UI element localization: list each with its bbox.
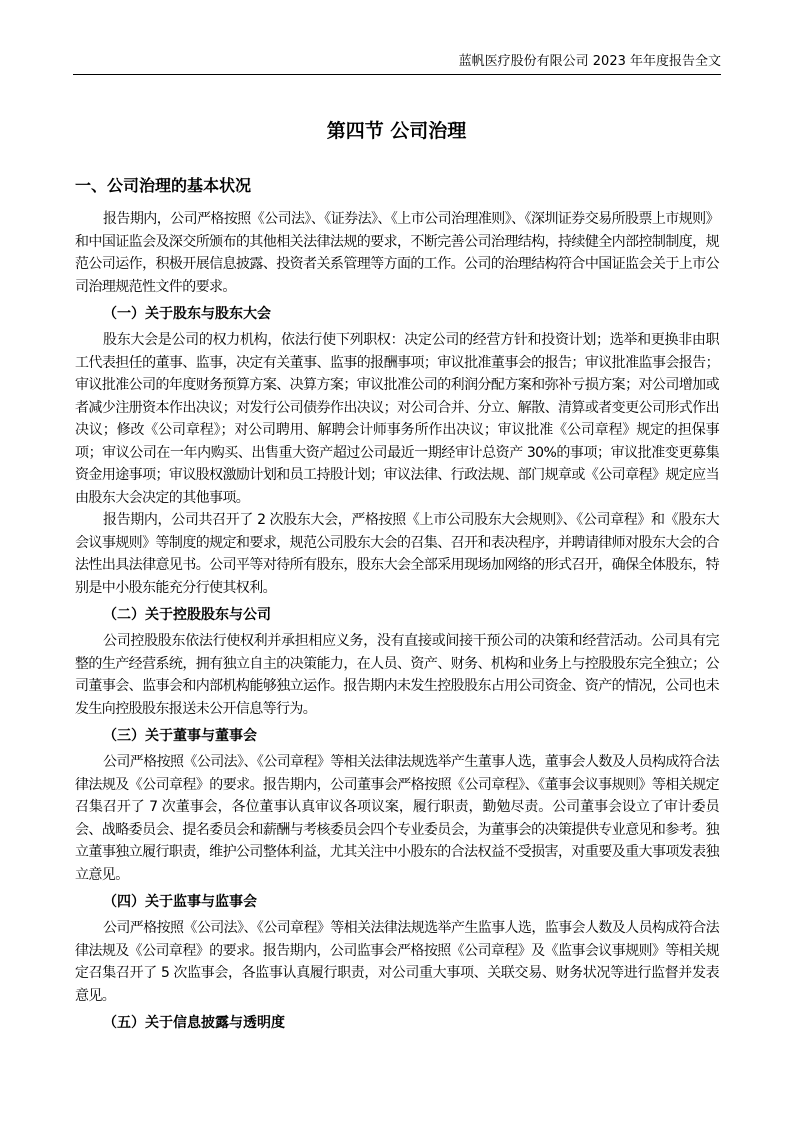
intro-paragraph: 报告期内，公司严格按照《公司法》、《证券法》、《上市公司治理准则》、《深圳证券交… (75, 208, 719, 298)
paragraph-shareholders-meetings: 报告期内，公司共召开了 2 次股东大会，严格按照《上市公司股东大会规则》、《公司… (75, 509, 719, 599)
paragraph-board: 公司严格按照《公司法》、《公司章程》等相关法律法规选举产生董事人选，董事会人数及… (75, 751, 719, 886)
subsection-heading-shareholders: （一）关于股东与股东大会 (75, 303, 719, 325)
subsection-heading-board: （三）关于董事与董事会 (75, 725, 719, 747)
paragraph-controlling-shareholder: 公司控股股东依法行使权利并承担相应义务，没有直接或间接干预公司的决策和经营活动。… (75, 630, 719, 720)
section-heading: 一、公司治理的基本状况 (75, 173, 251, 196)
subsection-heading-disclosure: （五）关于信息披露与透明度 (75, 1012, 719, 1034)
paragraph-shareholders-powers: 股东大会是公司的权力机构，依法行使下列职权：决定公司的经营方针和投资计划；选举和… (75, 329, 719, 509)
subsection-heading-controlling-shareholder: （二）关于控股股东与公司 (75, 604, 719, 626)
section-body: 报告期内，公司严格按照《公司法》、《证券法》、《上市公司治理准则》、《深圳证券交… (75, 208, 719, 1038)
chapter-title: 第四节 公司治理 (0, 116, 793, 143)
page-header: 蓝帆医疗股份有限公司 2023 年年度报告全文 (73, 53, 721, 75)
subsection-heading-supervisors: （四）关于监事与监事会 (75, 891, 719, 913)
paragraph-supervisors: 公司严格按照《公司法》、《公司章程》等相关法律法规选举产生监事人选，监事会人数及… (75, 917, 719, 1007)
